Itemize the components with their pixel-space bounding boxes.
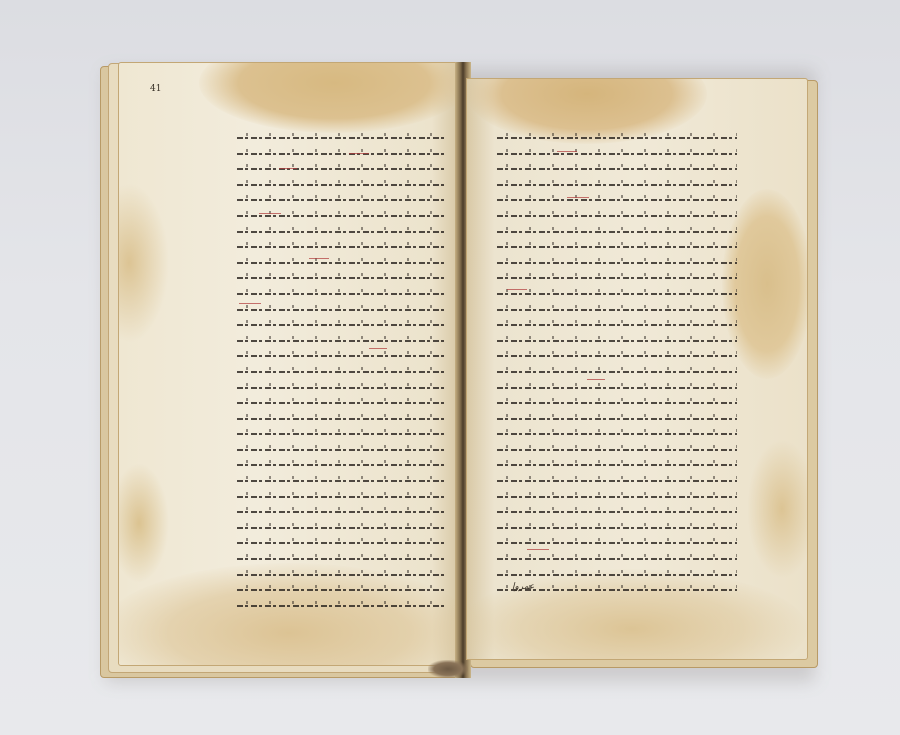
loose-binding-thread: [428, 660, 468, 678]
left-text-block: [237, 137, 445, 620]
water-stain-lower-right: [747, 439, 808, 579]
right-text-block: [497, 137, 737, 605]
left-page: [118, 62, 460, 666]
folio-number: 41: [150, 84, 161, 94]
water-stain-top: [199, 62, 460, 133]
catchword: عمروا: [512, 582, 534, 592]
right-page: [466, 78, 808, 660]
manuscript-photo: 41 عمروا: [0, 0, 900, 735]
water-stain-left: [118, 183, 169, 343]
water-stain-lower-left: [118, 463, 169, 583]
